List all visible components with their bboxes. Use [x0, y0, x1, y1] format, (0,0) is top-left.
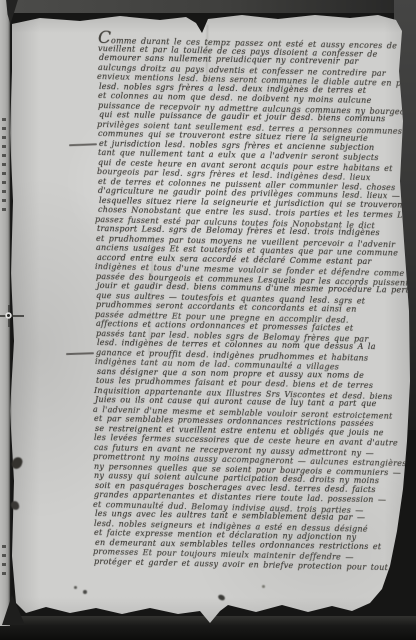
binding-knot-mark	[0, 305, 26, 327]
manuscript-page: Comme durant le ces tempz passez ont est…	[10, 11, 410, 625]
backdrop-top-band	[0, 0, 416, 13]
knot-center-dot	[5, 312, 12, 319]
ink-speck	[83, 590, 87, 594]
bleedthrough-marks	[2, 545, 6, 581]
manuscript-text-block: Comme durant le ces tempz passez ont est…	[98, 34, 396, 566]
bleedthrough-marks	[2, 118, 6, 214]
ink-speck	[262, 585, 265, 588]
ink-speck	[74, 586, 77, 589]
knot-horizontal-stroke	[0, 315, 24, 317]
archival-scan: Comme durant le ces tempz passez ont est…	[0, 0, 416, 640]
